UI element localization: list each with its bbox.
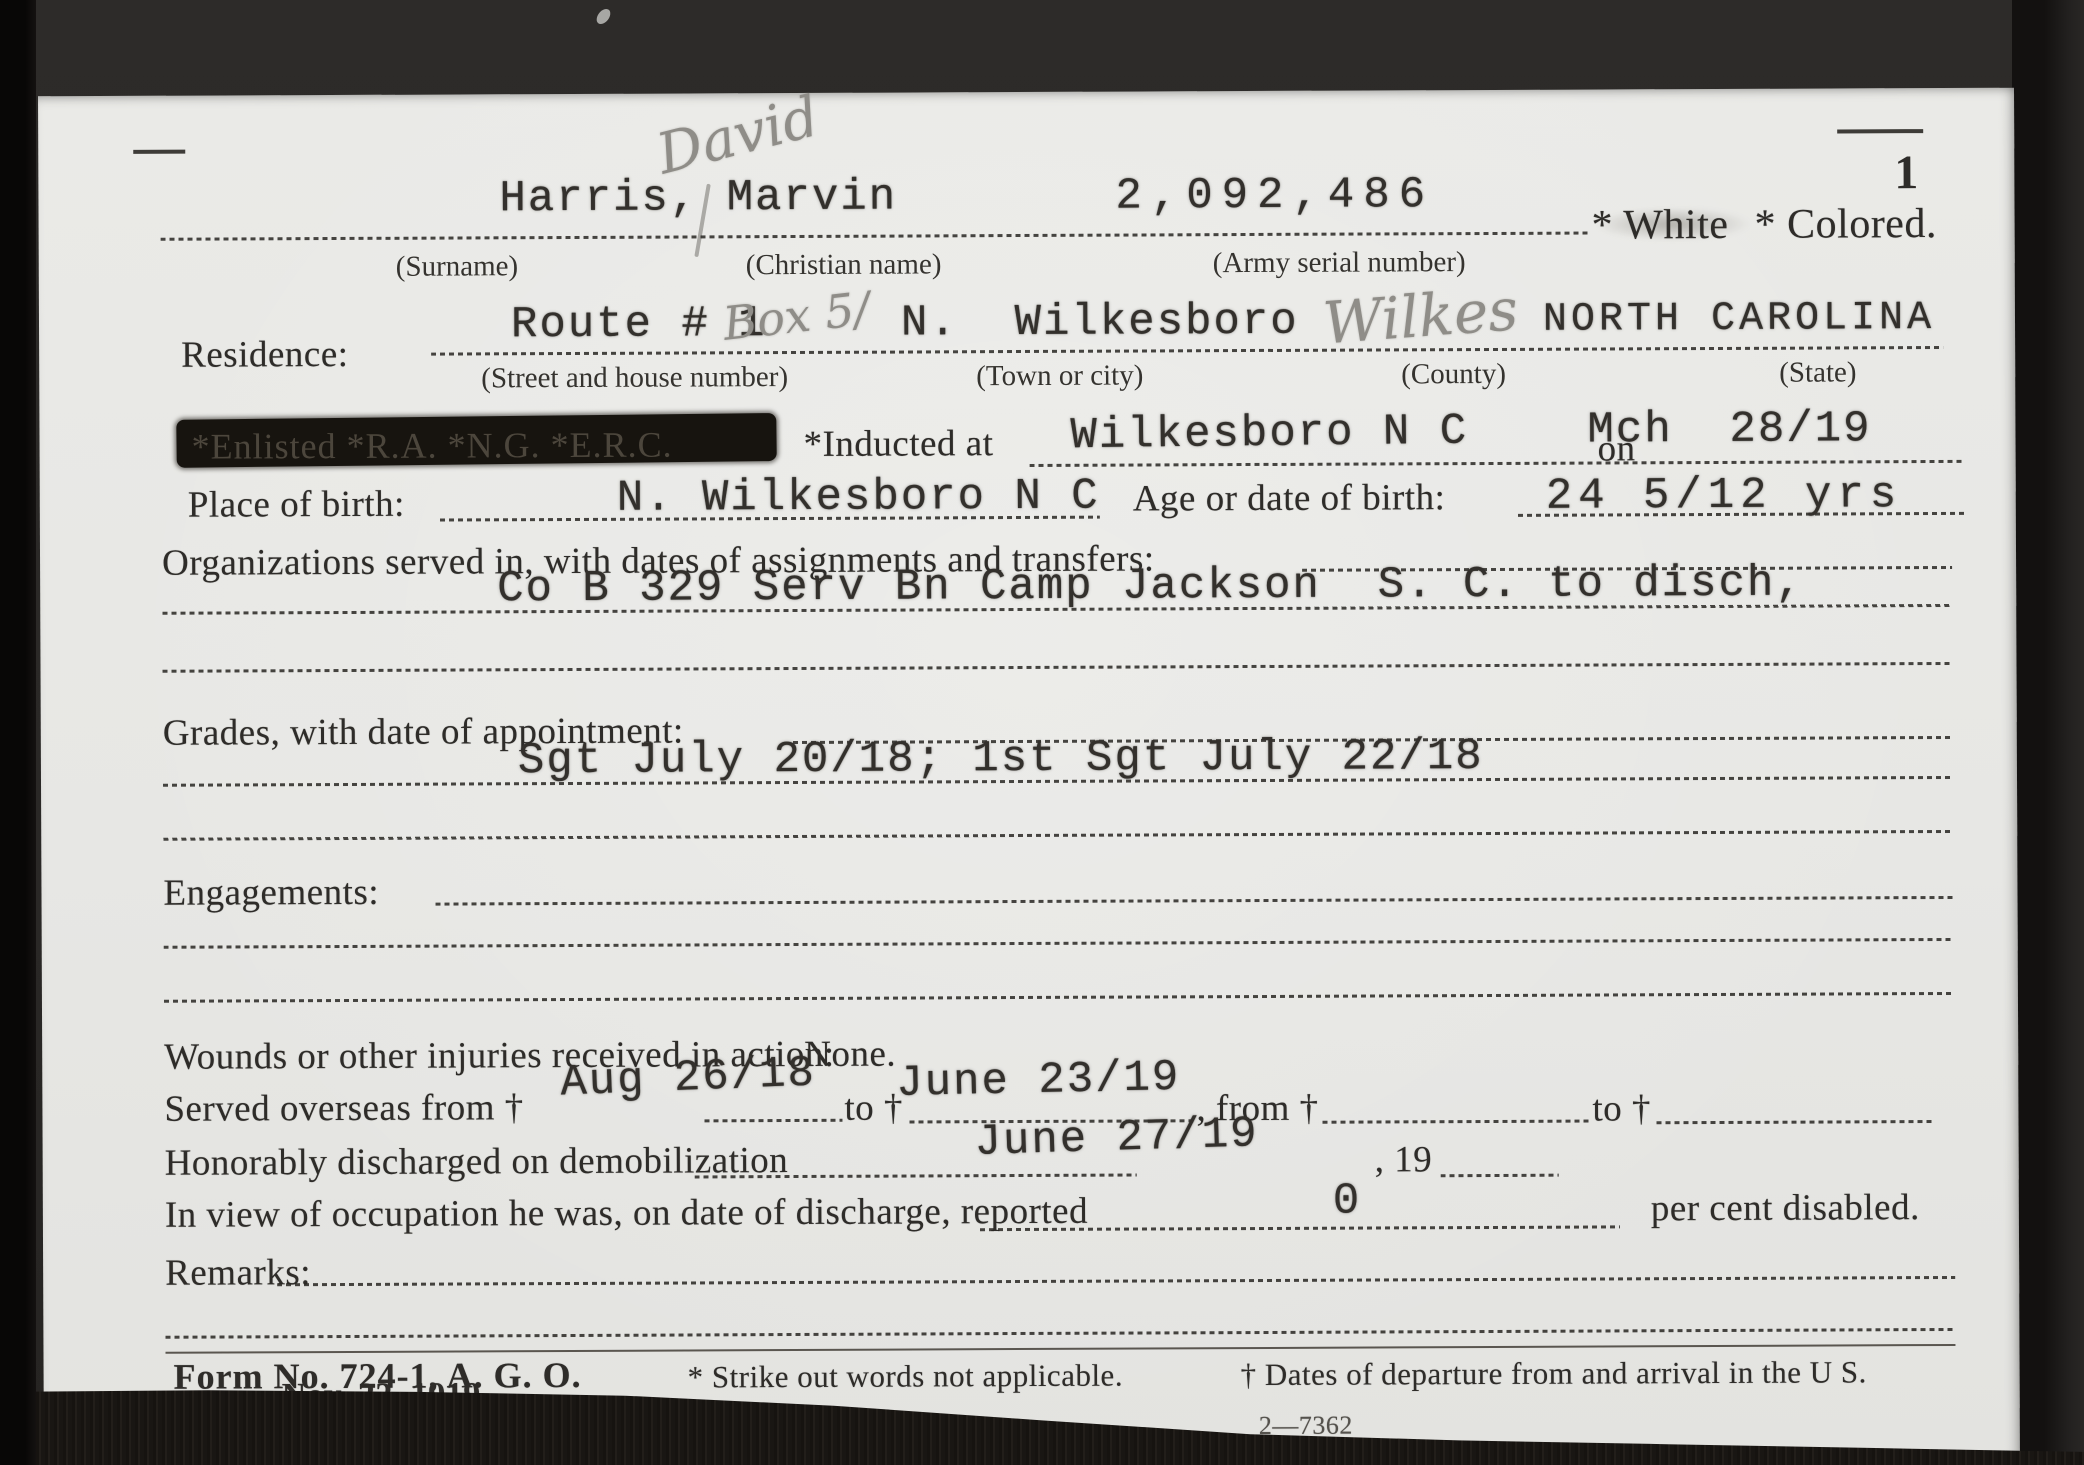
left-black-strip (0, 0, 36, 1465)
dotted-rule (164, 938, 1954, 949)
page-number-overline (1837, 129, 1923, 133)
scanned-card-scene: 1 David Harris, Marvin 2,092,486 * White… (0, 0, 2084, 1465)
disability-label: In view of occupation he was, on date of… (165, 1190, 1088, 1237)
overseas-to-label-1: to † (844, 1087, 903, 1130)
strike-out-note: * Strike out words not applicable. (688, 1358, 1124, 1396)
overseas-to-label-2: to † (1592, 1087, 1651, 1130)
christian-name-label: (Christian name) (746, 248, 942, 282)
dotted-rule (277, 1276, 1955, 1286)
dotted-rule (164, 992, 1954, 1003)
residence-label: Residence: (181, 333, 349, 377)
inducted-place: Wilkesboro N C (1070, 407, 1468, 462)
dotted-rule (695, 1174, 1137, 1179)
dotted-rule (704, 1119, 842, 1123)
right-edge-shade (2012, 0, 2084, 1465)
county-label: (County) (1401, 358, 1506, 391)
discharge-year-label: , 19 (1375, 1138, 1433, 1181)
residence-street-pencil: Box 5/ (720, 281, 872, 351)
discharge-date: June 27/19 (974, 1109, 1259, 1168)
surname-label: (Surname) (396, 250, 519, 284)
age-value: 24 5/12 yrs (1546, 470, 1903, 522)
race-colored-label: * Colored. (1754, 200, 1937, 249)
dotted-rule (163, 830, 1953, 841)
page-number: 1 (1894, 145, 1918, 200)
residence-county-pencil: Wilkes (1321, 275, 1520, 357)
dotted-rule (163, 662, 1953, 673)
overseas-label: Served overseas from † (164, 1086, 523, 1131)
engagements-label: Engagements: (163, 871, 379, 915)
inducted-at-label: *Inducted at (803, 422, 993, 466)
dotted-rule (1656, 1120, 1934, 1124)
street-label: (Street and house number) (481, 361, 788, 395)
age-label: Age or date of birth: (1133, 476, 1446, 520)
dotted-rule (1322, 1120, 1592, 1124)
dotted-rule (1030, 460, 1965, 467)
pencil-first-name: David (651, 84, 826, 187)
disability-suffix-label: per cent disabled. (1651, 1186, 1920, 1230)
place-of-birth-label: Place of birth: (188, 483, 405, 527)
scan-speck (594, 6, 613, 26)
overseas-from-date-1: Aug 26/18 (559, 1048, 816, 1108)
residence-state: NORTH CAROLINA (1543, 296, 1935, 343)
soldier-name: Harris, Marvin (499, 173, 897, 225)
dotted-rule (1441, 1174, 1559, 1178)
army-serial-number: 2,092,486 (1115, 170, 1434, 221)
induction-date: Mch 28/19 (1587, 404, 1871, 455)
solid-rule (165, 1344, 1955, 1354)
dagger-note: † Dates of departure from and arrival in… (1241, 1354, 1867, 1393)
top-left-dash (133, 150, 185, 154)
dotted-rule (436, 896, 1954, 906)
residence-town: N. Wilkesboro (901, 297, 1299, 349)
dotted-rule (165, 1328, 1955, 1339)
disability-value: 0 (1333, 1177, 1362, 1227)
wounds-value: None. (804, 1033, 896, 1076)
state-label: (State) (1779, 356, 1856, 389)
serial-number-label: (Army serial number) (1213, 246, 1466, 280)
dotted-rule (161, 232, 1589, 241)
place-of-birth-value: N. Wilkesboro N C (617, 472, 1100, 524)
town-label: (Town or city) (976, 359, 1143, 393)
overseas-to-date-1: June 23/19 (896, 1053, 1181, 1109)
service-record-card: 1 David Harris, Marvin 2,092,486 * White… (38, 88, 2020, 1465)
remarks-label: Remarks: (165, 1251, 311, 1295)
race-white-label: * White (1591, 201, 1728, 250)
struck-enlistment-options: *Enlisted *R.A. *N.G. *E.R.C. (191, 424, 672, 468)
